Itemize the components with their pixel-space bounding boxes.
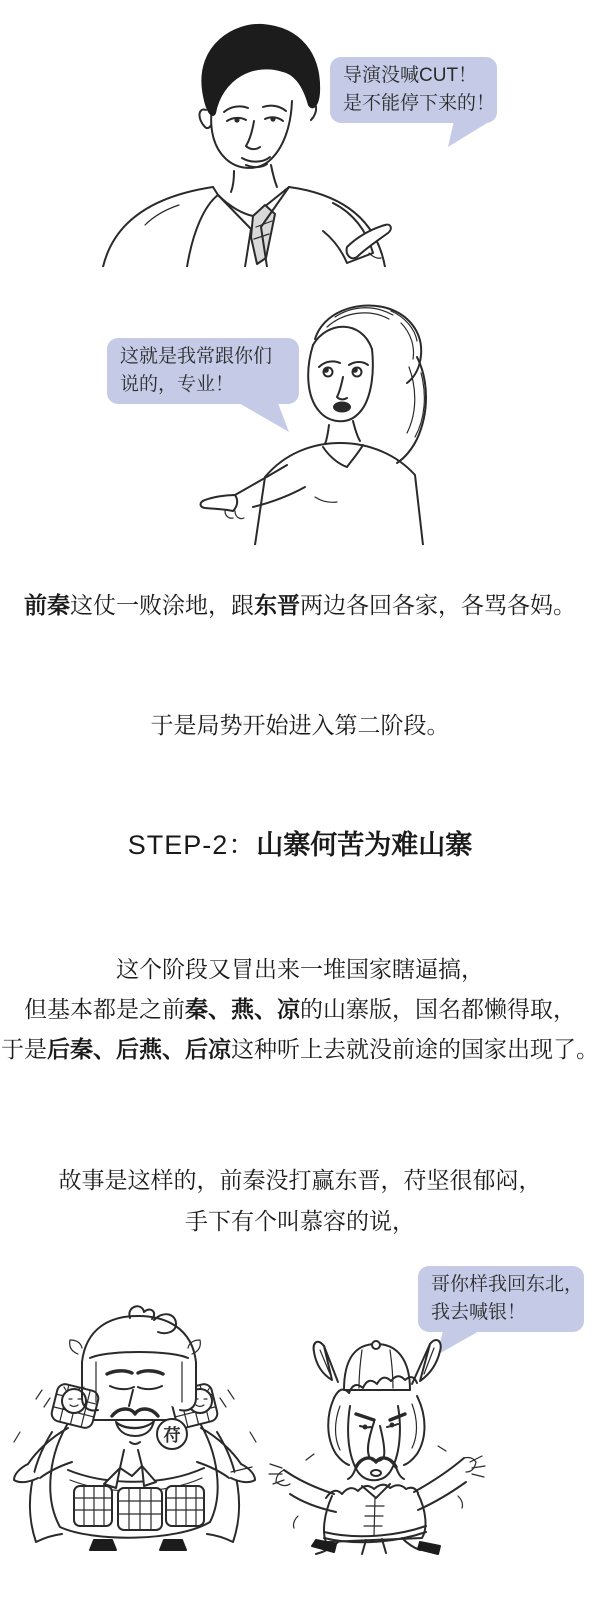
paragraph-4-line: 手下有个叫慕容的说， xyxy=(0,1201,600,1241)
step-title: 山寨何苦为难山寨 xyxy=(256,830,472,860)
actress-arm xyxy=(235,465,287,495)
director-speech-bubble: 导演没喊CUT！ 是不能停下来的！ xyxy=(330,57,497,123)
bubble-line: 我去喊银！ xyxy=(431,1299,571,1327)
murong-illustration xyxy=(262,1336,490,1556)
director-jacket xyxy=(103,187,218,267)
fujian-left-hand xyxy=(14,1464,38,1482)
speech-bubble-tail xyxy=(448,120,492,147)
murong-foot xyxy=(418,1542,440,1554)
bubble-line: 是不能停下来的！ xyxy=(343,90,484,118)
fujian-foot xyxy=(160,1540,186,1550)
actress-speech-bubble: 这就是我常跟你们 说的，专业！ xyxy=(107,338,299,404)
fujian-foot xyxy=(90,1540,116,1550)
step-label: STEP-2： xyxy=(128,830,257,860)
bubble-line: 哥你样我回东北， xyxy=(431,1271,571,1299)
feather-icon xyxy=(314,1342,338,1382)
bubble-line: 这就是我常跟你们 xyxy=(120,343,286,371)
step-heading: STEP-2：山寨何苦为难山寨 xyxy=(0,828,600,862)
comic-page: 导演没喊CUT！ 是不能停下来的！ xyxy=(0,0,600,1606)
murong-face xyxy=(348,1406,405,1480)
murong-speech-bubble: 哥你样我回东北， 我去喊银！ xyxy=(418,1266,584,1332)
paragraph-4-line: 故事是这样的，前秦没打赢东晋，苻坚很郁闷， xyxy=(0,1160,600,1200)
murong-fur-collar xyxy=(326,1485,418,1498)
paragraph-3-line: 但基本都是之前秦、燕、凉的山寨版，国名都懒得取， xyxy=(0,989,600,1029)
paragraph-1: 前秦这仗一败涂地，跟东晋两边各回各家，各骂各妈。 xyxy=(0,585,600,625)
director-illustration xyxy=(85,15,397,267)
paragraph-3-line: 于是后秦、后燕、后凉这种听上去就没前途的国家出现了。 xyxy=(0,1029,600,1069)
fujian-skirt xyxy=(74,1486,204,1530)
paragraph-3-line: 这个阶段又冒出来一堆国家瞎逼搞， xyxy=(0,949,600,989)
fujian-badge-text: 苻 xyxy=(164,1426,181,1445)
actress-pointing-hand xyxy=(201,495,238,511)
bubble-line: 说的，专业！ xyxy=(120,371,286,399)
bubble-line: 导演没喊CUT！ xyxy=(343,62,484,90)
feather-icon xyxy=(412,1340,441,1384)
actress-hair xyxy=(315,305,421,383)
paragraph-2: 于是局势开始进入第二阶段。 xyxy=(0,705,600,745)
fujian-helmet xyxy=(82,1316,196,1411)
director-hair xyxy=(202,25,319,115)
actress-lips xyxy=(334,403,350,412)
actress-illustration xyxy=(195,297,450,545)
fu-jian-illustration: 苻 xyxy=(12,1302,257,1554)
